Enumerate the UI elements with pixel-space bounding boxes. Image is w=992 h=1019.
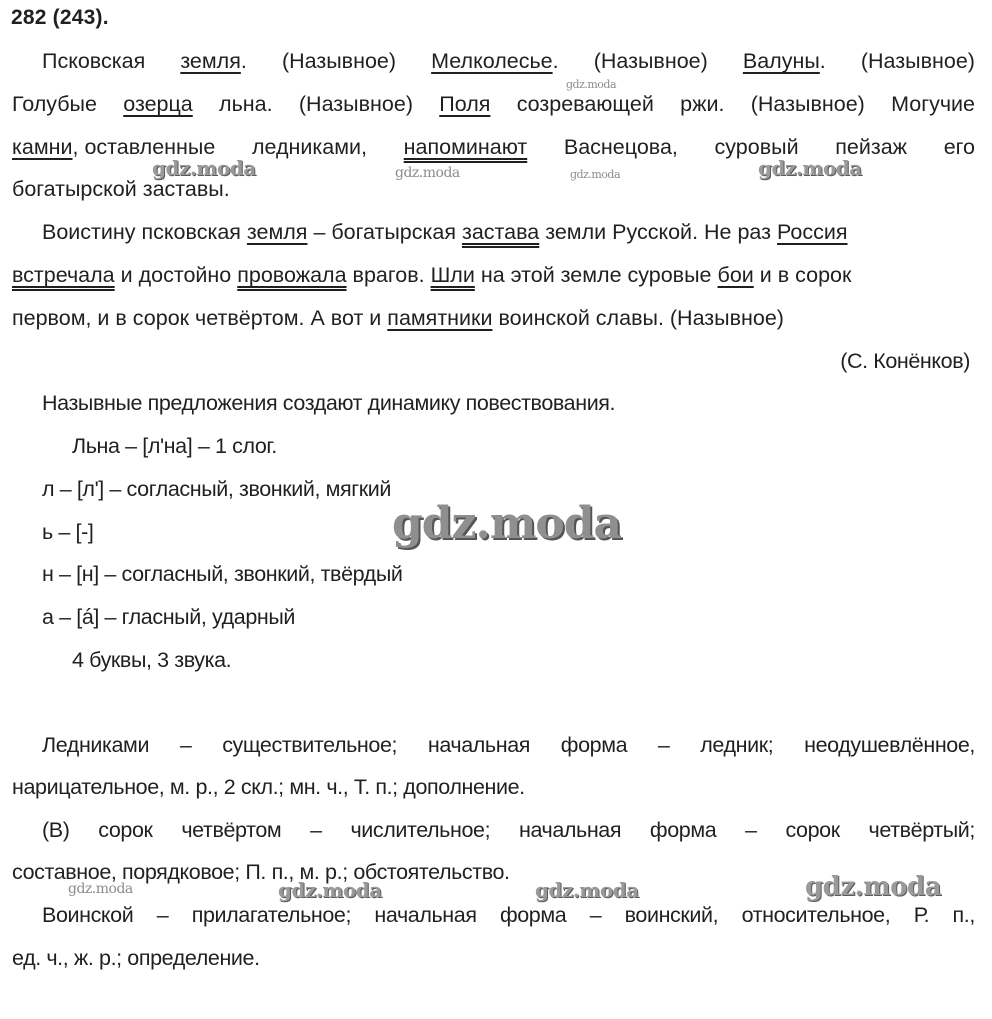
word: существительное; <box>222 730 397 760</box>
subject-underlined: Мелколесье <box>431 49 552 73</box>
word: прилагательное; <box>192 900 351 930</box>
exercise-number: 282 (243). <box>11 6 109 30</box>
word: – <box>745 815 757 845</box>
word: Воистину псковская <box>42 220 241 244</box>
word: п., <box>953 900 975 930</box>
word: (В) <box>42 815 69 845</box>
word: ледник; <box>700 730 773 760</box>
word: . <box>241 49 247 73</box>
morph-line: ед. ч., ж. р.; определение. <box>12 943 975 973</box>
word: сорок <box>785 815 839 845</box>
word: на этой земле суровые <box>481 263 712 287</box>
word: форма <box>561 730 627 760</box>
word: – <box>310 815 322 845</box>
word: форма <box>500 900 566 930</box>
word: (Назывное) <box>282 46 396 76</box>
word: ледниками, <box>252 132 367 162</box>
word: воинский, <box>625 900 719 930</box>
word: – <box>590 900 602 930</box>
word: (Назывное) <box>751 89 865 119</box>
word: четвёртом <box>181 815 281 845</box>
word: Р. <box>914 900 929 930</box>
note: Назывные предложения создают динамику по… <box>42 388 975 418</box>
subject-underlined: памятники <box>387 306 492 330</box>
word: (Назывное) <box>299 89 413 119</box>
word: – <box>157 900 169 930</box>
predicate-underlined: застава <box>462 220 539 244</box>
word: земли Русской. Не раз <box>545 220 771 244</box>
word: Псковская <box>42 46 145 76</box>
predicate-underlined: встречала <box>12 263 115 287</box>
subject-underlined: озерца <box>123 89 193 119</box>
word: . <box>820 49 826 73</box>
text-line: Воистину псковская земля – богатырская з… <box>42 217 975 247</box>
text-line: Псковская земля. (Назывное) Мелколесье. … <box>42 46 975 76</box>
morph-line: Ледниками – существительное; начальная ф… <box>42 730 975 760</box>
subject-underlined: Валуны <box>743 49 820 73</box>
phonetic-row: н – [н] – согласный, звонкий, твёрдый <box>42 559 975 589</box>
author: (С. Конёнков) <box>840 346 970 376</box>
word: сорок <box>98 815 152 845</box>
morph-line: (В) сорок четвёртом – числительное; нача… <box>42 815 975 845</box>
phonetic-row: а – [á] – гласный, ударный <box>42 602 975 632</box>
watermark: gdz.moda <box>758 156 862 180</box>
word: – <box>658 730 670 760</box>
word: начальная <box>428 730 530 760</box>
word: Ледниками <box>42 730 149 760</box>
word: числительное; <box>350 815 490 845</box>
word: созревающей <box>517 89 654 119</box>
morph-line: Воинской – прилагательное; начальная фор… <box>42 900 975 930</box>
subject-underlined: камни <box>12 135 73 159</box>
word: Васнецова, <box>564 132 678 162</box>
word: (Назывное) <box>594 46 708 76</box>
word: начальная <box>519 815 621 845</box>
watermark: gdz.moda <box>566 78 616 91</box>
subject-underlined: Россия <box>777 220 848 244</box>
word: относительное, <box>742 900 891 930</box>
word: его <box>944 132 975 162</box>
word: Воинской <box>42 900 133 930</box>
subject-underlined: Поля <box>439 89 490 119</box>
word: – <box>180 730 192 760</box>
word: . <box>553 49 559 73</box>
watermark: gdz.moda <box>395 165 460 181</box>
text-line: первом, и в сорок четвёртом. А вот и пам… <box>12 303 975 333</box>
word: льна. <box>219 89 273 119</box>
watermark: gdz.moda <box>805 872 941 902</box>
word: и в сорок <box>760 263 852 287</box>
watermark: gdz.moda <box>68 881 133 897</box>
watermark: gdz.moda <box>278 878 382 902</box>
predicate-underlined: Шли <box>431 263 475 287</box>
word: четвёртый; <box>869 815 975 845</box>
watermark: gdz.moda <box>570 168 620 181</box>
word: ржи. <box>680 89 724 119</box>
word: Могучие <box>891 89 975 119</box>
word: Голубые <box>12 89 97 119</box>
word: воинской славы. (Назывное) <box>498 306 784 330</box>
predicate-underlined: напоминают <box>404 132 528 162</box>
word: (Назывное) <box>861 46 975 76</box>
word: первом, и в сорок четвёртом. А вот и <box>12 306 381 330</box>
subject-underlined: бои <box>718 263 754 287</box>
predicate-underlined: провожала <box>237 263 346 287</box>
watermark: gdz.moda <box>392 498 621 549</box>
text-line: встречала и достойно провожала врагов. Ш… <box>12 260 975 290</box>
word: неодушевлённое, <box>804 730 975 760</box>
word: начальная <box>374 900 476 930</box>
phonetic-head: Льна – [л'на] – 1 слог. <box>72 431 975 461</box>
watermark: gdz.moda <box>535 878 639 902</box>
text-line: Голубые озерца льна. (Назывное) Поля соз… <box>12 89 975 119</box>
morph-line: нарицательное, м. р., 2 скл.; мн. ч., Т.… <box>12 772 975 802</box>
subject-underlined: земля <box>247 220 308 244</box>
phonetic-summary: 4 буквы, 3 звука. <box>72 645 975 675</box>
word: форма <box>650 815 716 845</box>
subject-underlined: земля <box>180 49 241 73</box>
word: и достойно <box>121 263 232 287</box>
watermark: gdz.moda <box>152 156 256 180</box>
word: – богатырская <box>313 220 456 244</box>
word: врагов. <box>353 263 425 287</box>
